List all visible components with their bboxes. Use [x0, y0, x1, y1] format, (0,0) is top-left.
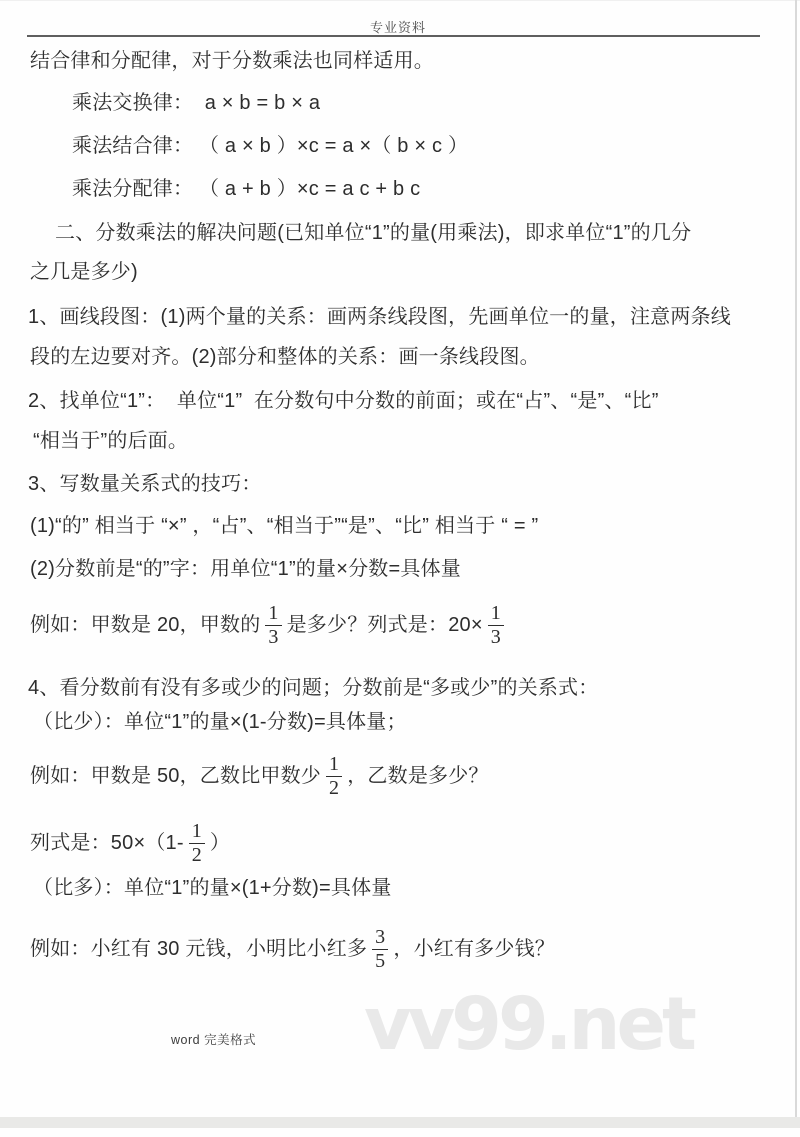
item3-sub2: (2)分数前是“的”字：用单位“1”的量×分数=具体量 [30, 558, 461, 580]
body-line-law-commutative: 乘法交换律： a × b = b × a [72, 92, 320, 114]
fraction: 1 3 [488, 603, 504, 648]
example2-expression-line: 列式是：50×（1- 1 2 ） [30, 815, 230, 871]
item1-line1: 1、画线段图：(1)两个量的关系：画两条线段图，先画单位一的量，注意两条线 [28, 306, 731, 328]
item4-heading: 4、看分数前有没有多或少的问题；分数前是“多或少”的关系式： [28, 677, 598, 699]
site-watermark: vv99.net [364, 988, 693, 1061]
less-formula-line: （比少）：单位“1”的量×(1-分数)=具体量； [33, 711, 407, 733]
fraction-numerator: 1 [326, 754, 342, 776]
example2-line: 例如：甲数是 50，乙数比甲数少 1 2 ，乙数是多少？ [30, 748, 489, 804]
fraction-numerator: 1 [189, 821, 205, 843]
section2-heading-line2: 之几是多少) [30, 261, 138, 283]
example2-pre: 例如：甲数是 50，乙数比甲数少 [30, 765, 321, 787]
fraction: 3 5 [372, 927, 388, 972]
example3-post: ，小红有多少钱？ [393, 938, 555, 960]
fraction-numerator: 1 [488, 603, 504, 625]
section2-heading-line1: 二、分数乘法的解决问题(已知单位“1”的量(用乘法)，即求单位“1”的几分 [55, 222, 691, 244]
item2-line2: “相当于”的后面。 [33, 430, 188, 452]
fraction-numerator: 1 [265, 603, 281, 625]
more-formula-line: （比多）：单位“1”的量×(1+分数)=具体量 [33, 877, 392, 899]
example1-line: 例如：甲数是 20，甲数的 1 3 是多少？列式是：20× 1 3 [30, 597, 509, 653]
fraction: 1 2 [189, 821, 205, 866]
example1-pre: 例如：甲数是 20，甲数的 [30, 614, 260, 636]
item3-sub1: (1)“的” 相当于 “×” ，“占”、“相当于”“是”、“比” 相当于 “ =… [30, 515, 538, 537]
header-title: 专业资料 [0, 17, 796, 36]
page-gap-band [0, 1117, 800, 1128]
example3-pre: 例如：小红有 30 元钱，小明比小红多 [30, 938, 367, 960]
example2-expr-pre: 列式是：50×（1- [30, 832, 184, 854]
item1-line2: 段的左边要对齐。(2)部分和整体的关系：画一条线段图。 [30, 346, 540, 368]
body-line-law-distributive: 乘法分配律： （ a + b ）×c = a c + b c [72, 178, 420, 200]
fraction-denominator: 3 [488, 625, 504, 648]
body-line-law-associative: 乘法结合律： （ a × b ）×c = a ×（ b × c ） [72, 135, 468, 157]
fraction-numerator: 3 [372, 927, 388, 949]
fraction: 1 2 [326, 754, 342, 799]
fraction-denominator: 3 [265, 625, 281, 648]
page-top-edge [0, 0, 800, 1]
fraction-denominator: 2 [189, 843, 205, 866]
example3-line: 例如：小红有 30 元钱，小明比小红多 3 5 ，小红有多少钱？ [30, 918, 555, 980]
item3-heading: 3、写数量关系式的技巧： [28, 473, 262, 495]
example1-mid: 是多少？列式是：20× [287, 614, 483, 636]
footer-note: word 完美格式 [171, 1030, 256, 1048]
page-right-border [795, 0, 797, 1117]
fraction: 1 3 [265, 603, 281, 648]
document-page: 专业资料 结合律和分配律，对于分数乘法也同样适用。 乘法交换律： a × b =… [0, 0, 800, 1137]
body-line-intro: 结合律和分配律，对于分数乘法也同样适用。 [30, 50, 434, 72]
fraction-denominator: 2 [326, 776, 342, 799]
example2-expr-post: ） [210, 832, 230, 854]
header-rule [27, 35, 760, 37]
example2-post: ，乙数是多少？ [347, 765, 488, 787]
fraction-denominator: 5 [372, 949, 388, 972]
item2-line1: 2、找单位“1”： 单位“1” 在分数句中分数的前面；或在“占”、“是”、“比” [28, 390, 659, 412]
